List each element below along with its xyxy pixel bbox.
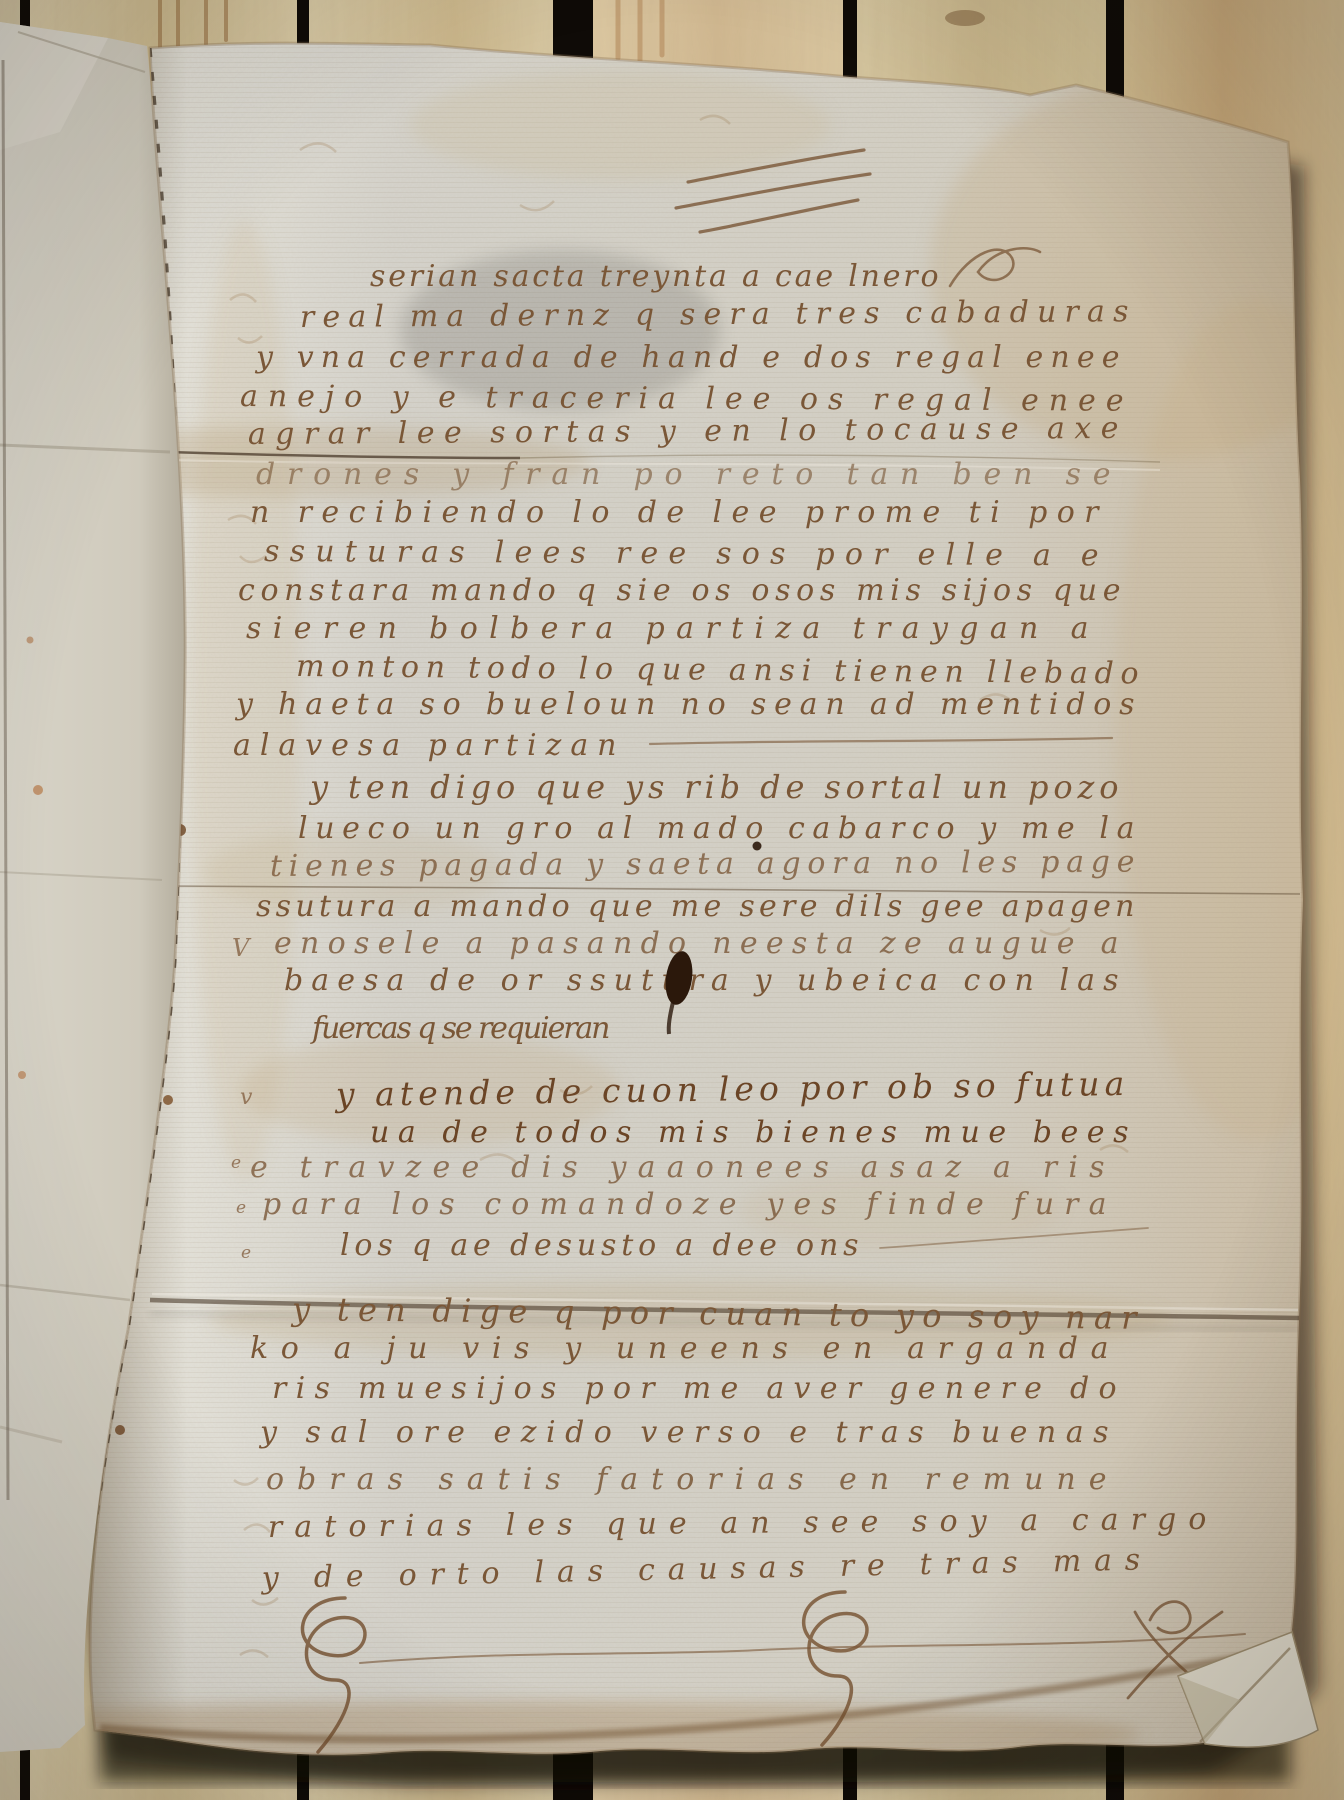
manuscript-photo-canvas: serian sacta treynta a cae lnero real ma… bbox=[0, 0, 1344, 1800]
photo-of-manuscript: serian sacta treynta a cae lnero real ma… bbox=[0, 0, 1344, 1800]
photo-vignette bbox=[0, 0, 1344, 1800]
